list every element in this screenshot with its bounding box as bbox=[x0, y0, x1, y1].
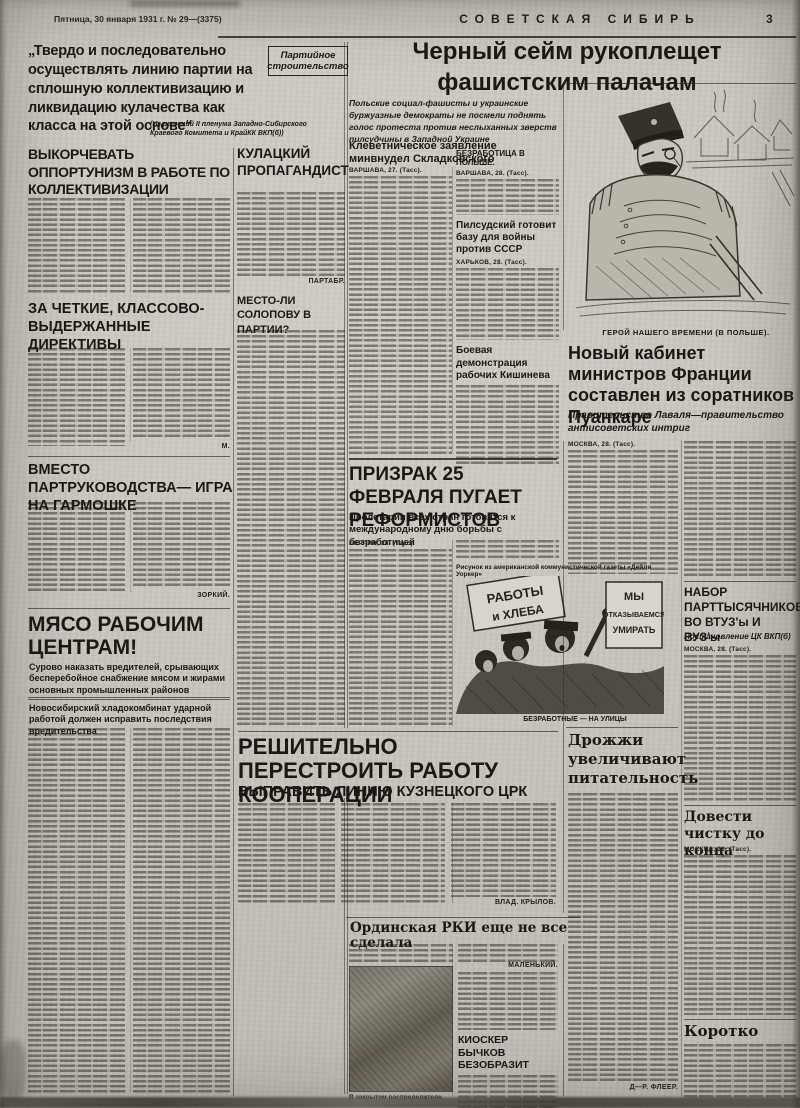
column-rule bbox=[233, 148, 234, 1096]
body-text-block bbox=[684, 441, 796, 577]
column-rule bbox=[130, 348, 131, 442]
headline-drozhzhi: Дрожжи увеличивают питательность bbox=[568, 731, 678, 787]
cartoon-pilsudski-caption: ГЕРОЙ НАШЕГО ВРЕМЕНИ (В ПОЛЬШЕ). bbox=[586, 329, 786, 337]
cartoon-caption-bottom: БЕЗРАБОТНЫЕ — НА УЛИЦЫ bbox=[500, 716, 650, 724]
nabor-deck: Постановление ЦК ВКП(б) bbox=[684, 633, 796, 642]
divider bbox=[28, 608, 230, 609]
signature-zorkij: ЗОРКИЙ. bbox=[133, 592, 230, 599]
divider bbox=[28, 456, 230, 457]
headline-vykorchevat: ВЫКОРЧЕВАТЬ ОППОРТУНИЗМ В РАБОТЕ ПО КОЛЛ… bbox=[28, 146, 234, 199]
body-text-block bbox=[238, 803, 335, 903]
cartoon-pilsudski bbox=[566, 86, 796, 326]
body-text-block bbox=[458, 944, 558, 962]
column-rule bbox=[130, 728, 131, 1092]
cartoon-unemployed-demonstration: РАБОТЫ и ХЛЕБА МЫ ОТКАЗЫВАЕМСЯ УМИРАТЬ bbox=[456, 576, 664, 714]
body-text-block bbox=[458, 1075, 558, 1108]
column-rule bbox=[344, 798, 345, 1094]
signature-m: М. bbox=[133, 443, 230, 450]
body-text-block bbox=[349, 944, 453, 962]
lead-quote-attribution: (Из решений II пленума Западно-Сибирског… bbox=[150, 120, 338, 139]
cartoon-sign-to-die: УМИРАТЬ bbox=[613, 625, 656, 635]
divider bbox=[346, 917, 580, 918]
nabor-column: МОСКВА, 28. (Тасс). bbox=[684, 646, 796, 803]
body-text-block bbox=[349, 176, 452, 454]
subhead-demonstracija: Боевая демонстрация рабочих Кишинева bbox=[456, 345, 559, 382]
headline-za-chetkie: ЗА ЧЕТКИЕ, КЛАССОВО-ВЫДЕРЖАННЫЕ ДИРЕКТИВ… bbox=[28, 300, 234, 354]
body-text-block bbox=[237, 192, 345, 276]
body-text-block bbox=[684, 855, 796, 1015]
dateline-moskva-28: МОСКВА, 28. (Тасс). bbox=[568, 441, 678, 448]
body-text-block bbox=[458, 972, 558, 1030]
masthead-date: Пятница, 30 января 1931 г. № 29—(3375) bbox=[54, 14, 222, 24]
body-text-block bbox=[28, 728, 125, 1094]
body-text-block bbox=[451, 803, 556, 897]
divider bbox=[684, 581, 796, 582]
cartoon-pilsudski-drawing bbox=[566, 86, 796, 326]
body-text-block bbox=[684, 1044, 796, 1100]
myaso-deck: Сурово наказать вредителей, срывающих бе… bbox=[29, 662, 231, 696]
body-text-block bbox=[568, 450, 678, 574]
column-rule bbox=[344, 42, 345, 728]
body-text-block bbox=[133, 502, 230, 588]
cherny-lede: Польские социал-фашисты и украинские бур… bbox=[349, 98, 561, 146]
divider bbox=[238, 731, 558, 732]
signature-fleer: Д—Р. ФЛЕЕР. bbox=[568, 1084, 678, 1091]
novyj-kabinet-column-a: МОСКВА, 28. (Тасс). bbox=[568, 441, 678, 574]
body-text-block bbox=[28, 348, 125, 446]
column-rule bbox=[452, 803, 453, 903]
page-number: 3 bbox=[766, 12, 773, 26]
body-text-block bbox=[456, 385, 559, 465]
party-construction-label: Партийное строительство bbox=[267, 50, 348, 73]
body-text-block bbox=[684, 655, 796, 803]
column-rule bbox=[452, 167, 453, 452]
divider bbox=[566, 83, 796, 84]
body-text-block bbox=[28, 198, 125, 294]
ordinskaja-column-a: В закрытом распределителе. bbox=[349, 944, 453, 1101]
divider bbox=[566, 727, 678, 728]
column-rule bbox=[452, 946, 453, 1096]
dateline-warszawa-27: ВАРШАВА, 27. (Тасс). bbox=[349, 167, 452, 174]
divider bbox=[349, 458, 557, 460]
body-text-block bbox=[341, 803, 445, 903]
headline-myaso: МЯСО РАБОЧИМ ЦЕНТРАМ! bbox=[28, 613, 234, 659]
dateline-moskva-nabor: МОСКВА, 28. (Тасс). bbox=[684, 646, 796, 653]
ordinskaja-column-b: МАЛЕНЬКИЙ. КИОСКЕР БЫЧКОВ БЕЗОБРАЗИТ bbox=[458, 944, 558, 1108]
column-rule bbox=[563, 441, 564, 913]
scan-artifact bbox=[130, 0, 240, 7]
distribution-center-photo bbox=[349, 966, 453, 1092]
signature-partabr: ПАРТАБР. bbox=[237, 278, 345, 285]
cartoon-sign-we: МЫ bbox=[624, 591, 644, 603]
column-rule bbox=[563, 86, 564, 330]
signature-krylov: ВЛАД. КРЫЛОВ. bbox=[451, 899, 556, 906]
headline-vypravit: ВЫПРАВИТЬ ЛИНИЮ КУЗНЕЦКОГО ЦРК bbox=[238, 784, 550, 800]
dateline-moskva-dovesti: МОСКВА, 28. (Тасс). bbox=[684, 846, 796, 853]
subhead-pilsudskij: Пилсудский готовит базу для войны против… bbox=[456, 220, 559, 257]
prizrak-column-a: БЕРЛИН, 28. (Тасс). bbox=[349, 540, 452, 725]
headline-kiosker: КИОСКЕР БЫЧКОВ БЕЗОБРАЗИТ bbox=[458, 1034, 558, 1072]
dateline-warszawa-28: ВАРШАВА, 28. (Тасс). bbox=[456, 170, 559, 177]
newspaper-page: Пятница, 30 января 1931 г. № 29—(3375) С… bbox=[0, 0, 800, 1108]
novyj-kabinet-deck: Правительство Лаваля—правительство антис… bbox=[568, 410, 796, 435]
cartoon-sign-refuse: ОТКАЗЫВАЕМСЯ bbox=[603, 610, 664, 619]
dateline-kharkov-28: ХАРЬКОВ, 28. (Тасс). bbox=[456, 259, 559, 266]
divider bbox=[684, 1019, 796, 1020]
photo-caption: В закрытом распределителе. bbox=[349, 1094, 453, 1101]
body-text-block bbox=[28, 502, 125, 594]
subhead-bezrabotica: БЕЗРАБОТИЦА В ПОЛЬШЕ. bbox=[456, 150, 559, 168]
dateline-berlin-28: БЕРЛИН, 28. (Тасс). bbox=[349, 540, 452, 547]
column-rule bbox=[130, 502, 131, 592]
body-text-block bbox=[133, 198, 230, 294]
divider bbox=[684, 805, 796, 806]
column-rule bbox=[347, 42, 348, 728]
body-text-block bbox=[456, 268, 559, 340]
body-text-block bbox=[349, 549, 452, 725]
scan-artifact bbox=[0, 1040, 26, 1100]
signature-malenkij: МАЛЕНЬКИЙ. bbox=[458, 962, 558, 969]
column-rule bbox=[563, 944, 564, 1096]
column-rule bbox=[452, 540, 453, 726]
divider bbox=[28, 699, 230, 700]
column-rule bbox=[347, 798, 348, 1094]
masthead-title: СОВЕТСКАЯ СИБИРЬ bbox=[420, 12, 740, 26]
body-text-block bbox=[133, 728, 230, 1094]
cartoon-unemployed-drawing: РАБОТЫ и ХЛЕБА МЫ ОТКАЗЫВАЕМСЯ УМИРАТЬ bbox=[456, 576, 664, 714]
body-text-block bbox=[456, 179, 559, 215]
scan-artifact bbox=[0, 0, 6, 1108]
headline-kulackij: КУЛАЦКИЙ ПРОПАГАНДИСТ bbox=[237, 146, 345, 180]
column-rule bbox=[130, 198, 131, 292]
cherny-column-a: ВАРШАВА, 27. (Тасс). bbox=[349, 167, 452, 454]
column-rule bbox=[681, 441, 682, 1096]
headline-korotko: Коротко bbox=[684, 1023, 796, 1040]
dovesti-column: МОСКВА, 28. (Тасс). bbox=[684, 846, 796, 1015]
cherny-column-b: БЕЗРАБОТИЦА В ПОЛЬШЕ. ВАРШАВА, 28. (Тасс… bbox=[456, 150, 559, 465]
body-text-block bbox=[568, 793, 678, 1081]
body-text-block bbox=[237, 330, 345, 726]
body-text-block bbox=[456, 540, 559, 560]
party-construction-box: Партийное строительство bbox=[268, 46, 348, 76]
divider bbox=[28, 697, 230, 698]
body-text-block bbox=[133, 348, 230, 440]
